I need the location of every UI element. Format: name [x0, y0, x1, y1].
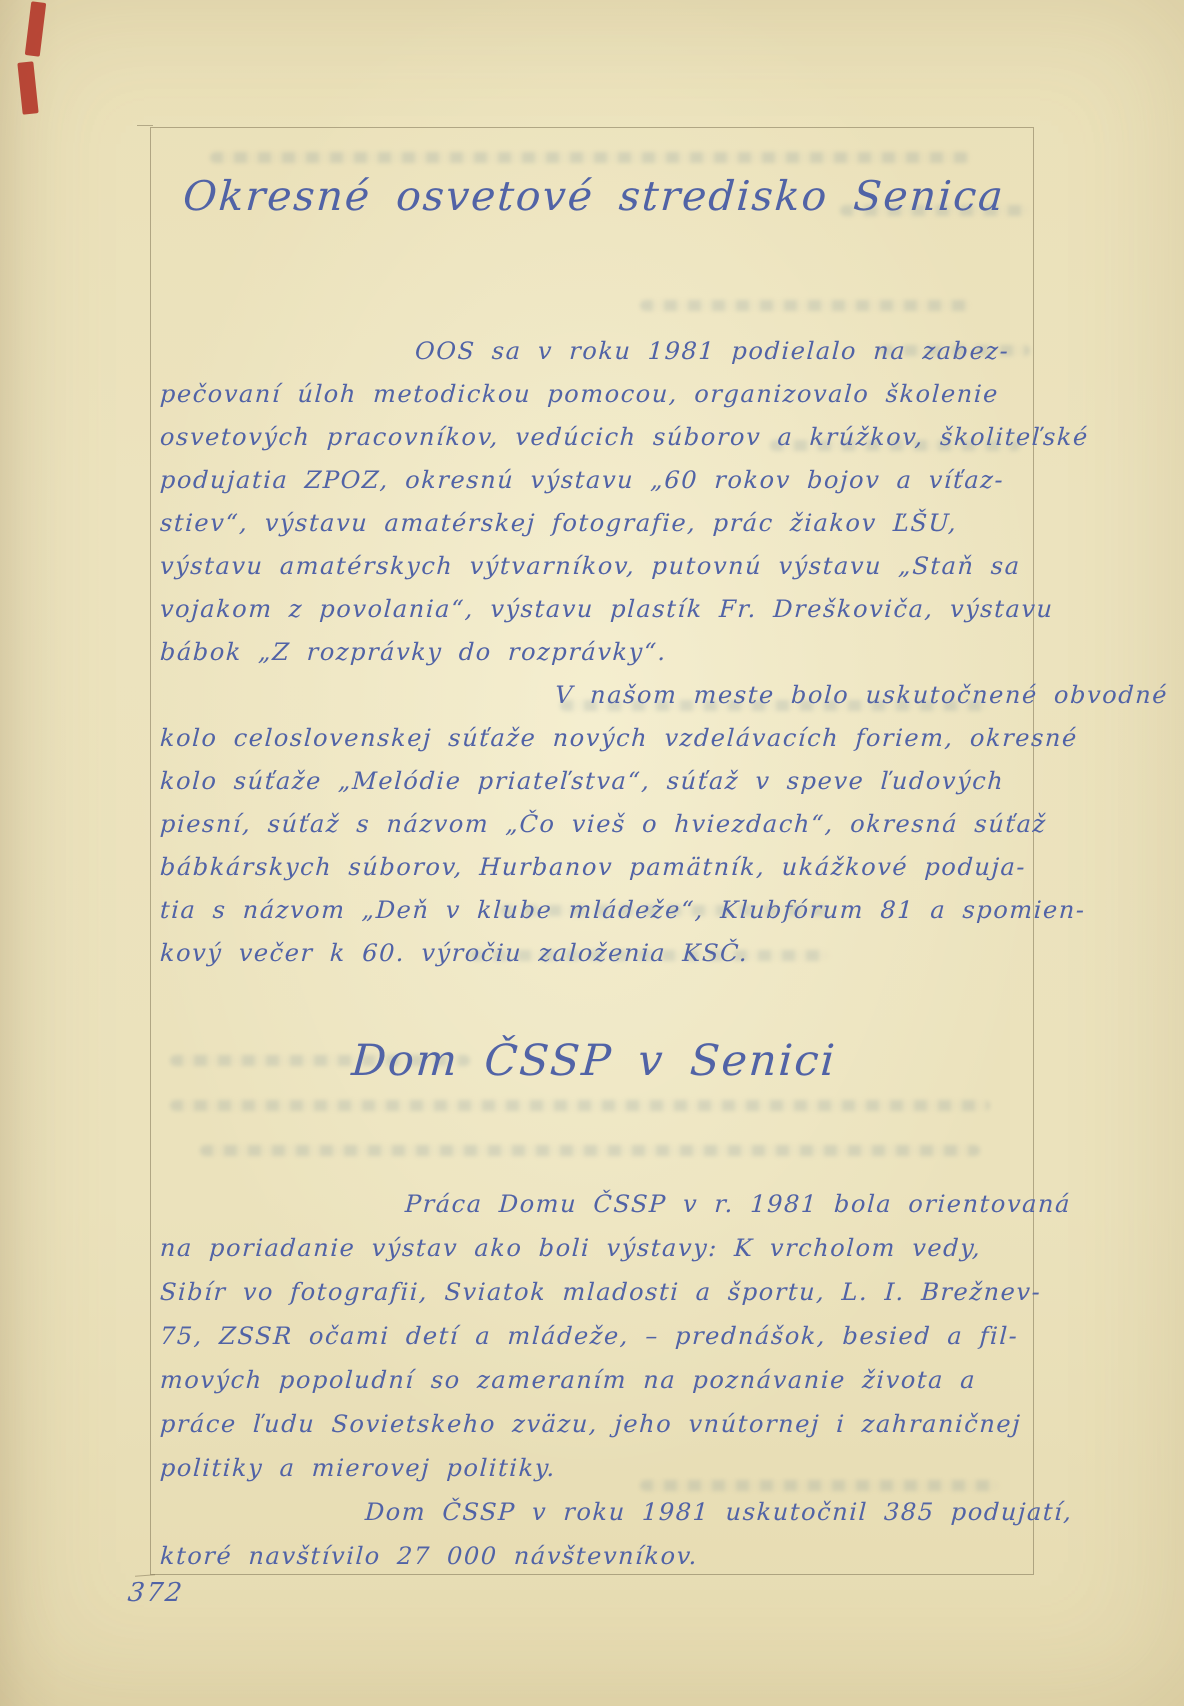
handwritten-line: 75, ZSSR očami detí a mládeže, – prednáš… — [159, 1314, 1037, 1358]
handwritten-line: kový večer k 60. výročiu založenia KSČ. — [159, 932, 1037, 975]
handwritten-line: Dom ČSSP v roku 1981 uskutočnil 385 podu… — [159, 1490, 1037, 1534]
handwritten-line: Práca Domu ČSSP v r. 1981 bola orientova… — [159, 1182, 1037, 1226]
handwritten-line: pečovaní úloh metodickou pomocou, organi… — [159, 373, 1037, 416]
handwritten-line: stiev“, výstavu amatérskej fotografie, p… — [159, 502, 1037, 545]
handwritten-line: výstavu amatérskych výtvarníkov, putovnú… — [159, 545, 1037, 588]
red-corner-mark — [25, 1, 46, 56]
page-number: 372 — [126, 1578, 185, 1608]
handwritten-block-1: OOS sa v roku 1981 podielalo na zabez- p… — [160, 330, 1036, 975]
handwritten-line: ktoré navštívilo 27 000 návštevníkov. — [159, 1534, 1037, 1578]
handwritten-line: mových popoludní so zameraním na poznáva… — [159, 1358, 1037, 1402]
handwritten-line: V našom meste bolo uskutočnené obvodné — [159, 674, 1037, 717]
section-title-dom-cssp: Dom ČSSP v Senici — [156, 1036, 1184, 1086]
handwritten-block-2: Práca Domu ČSSP v r. 1981 bola orientova… — [160, 1182, 1036, 1578]
handwritten-line: piesní, súťaž s názvom „Čo vieš o hviezd… — [159, 803, 1037, 846]
handwritten-line: vojakom z povolania“, výstavu plastík Fr… — [159, 588, 1037, 631]
handwritten-line: bábok „Z rozprávky do rozprávky“. — [159, 631, 1037, 674]
handwritten-line: politiky a mierovej politiky. — [159, 1446, 1037, 1490]
handwritten-line: Sibír vo fotografii, Sviatok mladosti a … — [159, 1270, 1037, 1314]
handwritten-line: kolo súťaže „Melódie priateľstva“, súťaž… — [159, 760, 1037, 803]
handwritten-line: bábkárskych súborov, Hurbanov pamätník, … — [159, 846, 1037, 889]
section-title-okresne-osvetove-stredisko: Okresné osvetové stredisko Senica — [156, 172, 1031, 220]
handwritten-line: osvetových pracovníkov, vedúcich súborov… — [159, 416, 1037, 459]
handwritten-line: práce ľudu Sovietskeho zväzu, jeho vnúto… — [159, 1402, 1037, 1446]
handwritten-line: kolo celoslovenskej súťaže nových vzdelá… — [159, 717, 1037, 760]
handwritten-line: OOS sa v roku 1981 podielalo na zabez- — [159, 330, 1037, 373]
handwritten-line: na poriadanie výstav ako boli výstavy: K… — [159, 1226, 1037, 1270]
handwritten-line: tia s názvom „Deň v klube mládeže“, Klub… — [159, 889, 1037, 932]
red-corner-mark — [17, 61, 38, 114]
chronicle-page: Okresné osvetové stredisko Senica OOS sa… — [0, 0, 1184, 1706]
handwritten-line: podujatia ZPOZ, okresnú výstavu „60 roko… — [159, 459, 1037, 502]
